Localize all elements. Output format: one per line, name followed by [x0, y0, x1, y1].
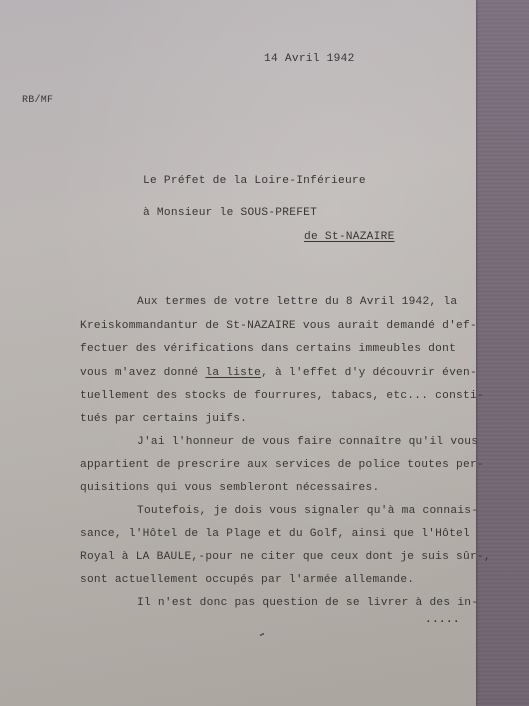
- continuation-mark: .....: [425, 614, 460, 626]
- letter-page: 14 Avril 1942 RB/MF Le Préfet de la Loir…: [0, 0, 476, 706]
- recipient-line-2: de St-NAZAIRE: [304, 231, 395, 243]
- body-text: vous m'avez donné: [80, 367, 205, 379]
- body-line: J'ai l'honneur de vous faire connaître q…: [137, 436, 478, 448]
- body-line: sont actuellement occupés par l'armée al…: [80, 574, 414, 586]
- body-line: vous m'avez donné la liste, à l'effet d'…: [80, 367, 477, 379]
- recipient-line-1: à Monsieur le SOUS-PREFET: [143, 207, 317, 219]
- body-line: Aux termes de votre lettre du 8 Avril 19…: [137, 296, 457, 308]
- desk-background: [475, 0, 529, 706]
- body-line: sance, l'Hôtel de la Plage et du Golf, a…: [80, 528, 470, 540]
- ink-speck: [262, 633, 264, 635]
- sender-line: Le Préfet de la Loire-Inférieure: [143, 175, 366, 187]
- underlined-text: la liste: [205, 367, 261, 379]
- body-line: Il n'est donc pas question de se livrer …: [137, 597, 478, 609]
- body-line: Toutefois, je dois vous signaler qu'à ma…: [137, 505, 478, 517]
- body-line: Kreiskommandantur de St-NAZAIRE vous aur…: [80, 320, 477, 332]
- body-text: , à l'effet d'y découvrir éven-: [261, 367, 477, 379]
- body-line: quisitions qui vous sembleront nécessair…: [80, 482, 379, 494]
- letter-date: 14 Avril 1942: [264, 53, 355, 65]
- body-line: fectuer des vérifications dans certains …: [80, 343, 456, 355]
- body-line: appartient de prescrire aux services de …: [80, 459, 484, 471]
- body-line: Royal à LA BAULE,-pour ne citer que ceux…: [80, 551, 491, 563]
- body-line: tuellement des stocks de fourrures, taba…: [80, 390, 484, 402]
- reference-initials: RB/MF: [22, 95, 53, 106]
- body-line: tués par certains juifs.: [80, 413, 247, 425]
